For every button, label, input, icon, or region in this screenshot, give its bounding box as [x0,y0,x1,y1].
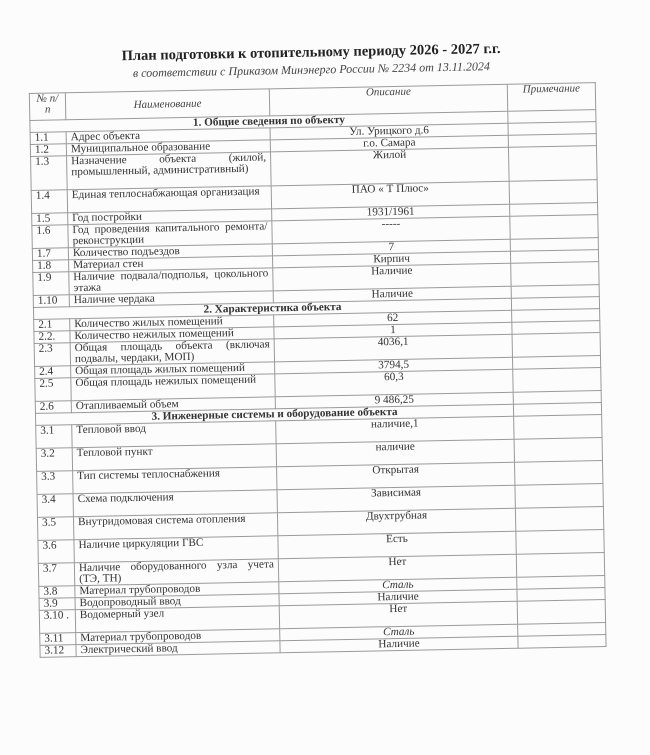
row-number: 1.1 [30,132,66,145]
row-number: 1.2 [30,144,66,157]
row-number: 2.3 [34,343,70,367]
row-number: 2.1 [34,319,70,332]
row-number: 1.5 [32,213,68,226]
row-name: Электрический ввод [76,641,280,657]
row-number: 3.4 [37,494,73,518]
row-name: Назначение объекта (жилой, промышленный,… [67,152,272,190]
row-number: 3.5 [37,517,73,541]
row-note [518,635,606,649]
row-note [512,333,600,358]
row-number: 1.9 [33,272,69,296]
table-body: 1. Общие сведения по объекту1.1Адрес объ… [30,110,606,658]
row-number: 1.7 [32,248,68,261]
row-note [509,180,597,205]
row-description: Жилой [271,147,510,186]
row-note [514,415,602,440]
row-number: 3.12 [40,645,76,658]
row-number: 3.2 [36,448,72,472]
row-number: 2.5 [35,378,71,402]
row-note [510,215,598,240]
row-note [514,438,602,463]
row-number: 2.2. [34,331,70,344]
plan-table: № п/п Наименование Описание Примечание 1… [29,82,607,658]
row-number: 1.8 [33,260,69,273]
scanned-page: План подготовки к отопительному периоду … [0,0,650,755]
row-note [515,507,603,532]
row-number: 3.11 [40,633,76,646]
document-sheet: План подготовки к отопительному периоду … [28,39,606,658]
row-number: 3.6 [38,540,74,564]
row-number: 3.8 [39,586,75,599]
row-note [517,600,605,625]
header-num: № п/п [29,93,66,121]
row-number: 3.3 [37,471,73,495]
row-number: 1.6 [32,225,68,249]
row-note [516,553,604,578]
row-note [516,530,604,555]
row-note [515,461,603,486]
row-note [513,368,601,393]
row-number: 3.7 [38,563,74,587]
row-number: 3.1 [36,425,72,449]
row-number: 2.4 [35,366,71,379]
row-number: 3.10 . [39,610,75,634]
header-note: Примечание [507,83,596,112]
row-number: 2.6 [35,401,71,414]
row-note [508,146,597,182]
row-number: 1.3 [31,156,68,191]
row-number: 1.4 [31,190,67,214]
row-note [511,262,599,287]
row-note [515,484,603,509]
row-number: 1.10 [33,295,69,308]
row-number: 3.9 [39,598,75,611]
